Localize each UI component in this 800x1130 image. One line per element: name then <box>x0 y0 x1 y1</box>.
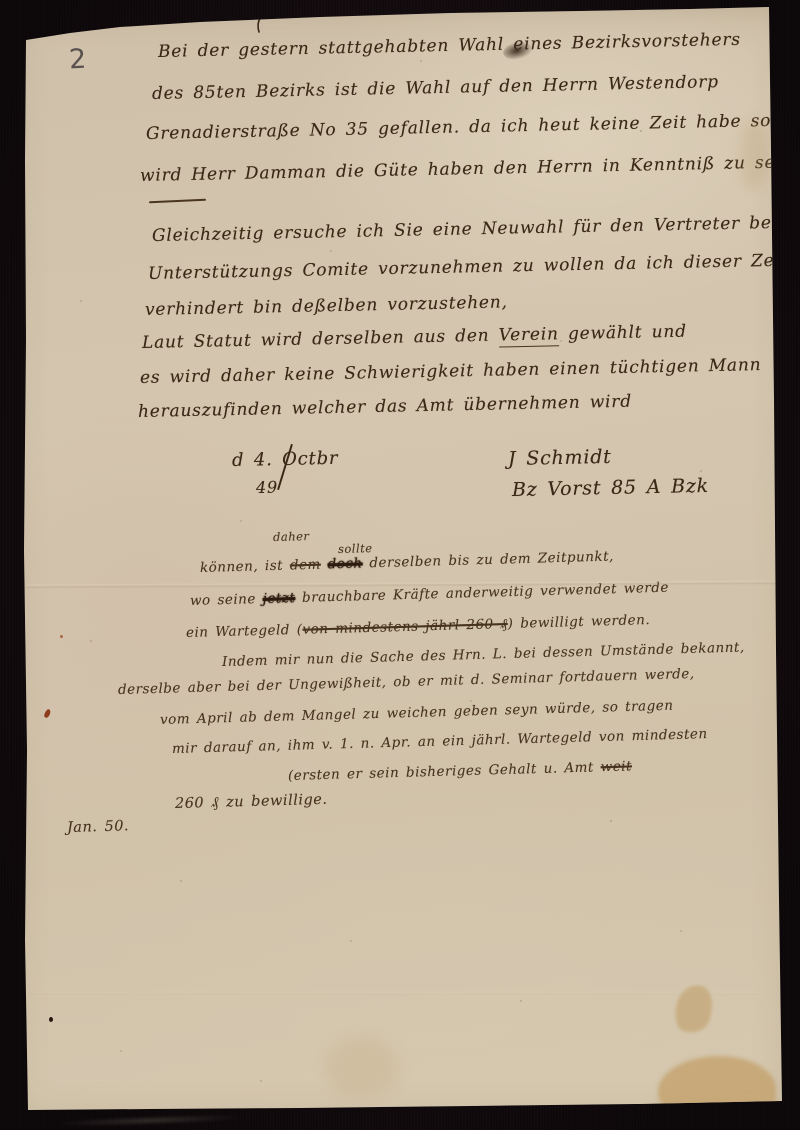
letter-line: Gleichzeitig ersuche ich Sie eine Neuwah… <box>152 212 800 246</box>
paper-stain <box>740 120 770 190</box>
struck-text: jetzt <box>262 590 295 607</box>
annotation-line: können, ist dem doch derselben bis zu de… <box>200 548 614 576</box>
annotation-line: 260 ₰ zu bewillige. <box>175 792 328 813</box>
letter-line: Grenadierstraße No 35 gefallen. da ich h… <box>146 111 772 144</box>
annotation-text: wo seine <box>190 591 263 609</box>
margin-note: Jan. 50. <box>67 818 130 836</box>
letter-line: Bei der gestern stattgehabten Wahl eines… <box>158 30 741 62</box>
annotation-text: (ersten er sein bisheriges Gehalt u. Amt <box>288 759 601 784</box>
struck-text: von mindestens jährl 260 ₰ <box>302 616 508 638</box>
annotation-line: Indem mir nun die Sache des Hrn. L. bei … <box>222 639 745 670</box>
annotation-text: können, ist <box>200 557 290 576</box>
paragraph-divider-stroke <box>149 199 206 203</box>
annotation-text: derselben bis zu dem Zeitpunkt, <box>362 548 614 571</box>
letter-paper-sheet: 2 Bei der gestern stattgehabten Wahl ein… <box>0 0 800 1130</box>
paper-stain <box>326 1038 398 1096</box>
annotation-line: ein Wartegeld (von mindestens jährl 260 … <box>186 612 651 641</box>
letter-line: des 85ten Bezirks ist die Wahl auf den H… <box>152 72 719 104</box>
letter-line-text: gewählt und <box>559 322 687 345</box>
red-ink-speck <box>43 708 51 718</box>
letter-line: verhindert bin deßelben vorzustehen, <box>145 292 508 320</box>
annotation-text: ) bewilligt werden. <box>507 612 650 632</box>
letter-line: herauszufinden welcher das Amt übernehme… <box>138 392 632 422</box>
pencil-page-number: 2 <box>68 44 87 76</box>
signature-role: Bz Vorst 85 A Bzk <box>512 475 709 501</box>
annotation-text: ein Wartegeld ( <box>186 622 303 641</box>
letter-line: wird Herr Damman die Güte haben den Herr… <box>140 152 800 186</box>
scan-stage: 2 Bei der gestern stattgehabten Wahl ein… <box>0 0 800 1130</box>
dateline-year: 49 <box>256 478 278 497</box>
letter-line-text: Laut Statut wird derselben aus den <box>142 326 499 353</box>
annotation-insertion: sollte <box>338 541 373 556</box>
annotation-insertion: daher <box>273 529 310 544</box>
dark-speck <box>49 1017 53 1022</box>
letter-line: Unterstützungs Comite vorzunehmen zu wol… <box>148 251 789 284</box>
paper-stain <box>671 981 718 1036</box>
letter-line: Laut Statut wird derselben aus den Verei… <box>142 322 687 353</box>
annotation-line: (ersten er sein bisheriges Gehalt u. Amt… <box>288 758 632 784</box>
blotted-text: doch <box>327 555 362 572</box>
underlined-word-verein: Verein <box>498 324 559 347</box>
annotation-line: vom April ab dem Mangel zu weichen geben… <box>160 698 674 728</box>
annotation-line: mir darauf an, ihm v. 1. n. Apr. an ein … <box>172 726 708 757</box>
struck-text: dem <box>290 557 321 574</box>
annotation-line: derselbe aber bei der Ungewißheit, ob er… <box>118 666 695 698</box>
struck-text: weit <box>600 758 632 775</box>
fold-crease <box>30 992 760 994</box>
signature-name: J Schmidt <box>508 446 612 470</box>
letter-line: es wird daher keine Schwierigkeit haben … <box>140 355 762 388</box>
rust-speck <box>60 635 63 638</box>
